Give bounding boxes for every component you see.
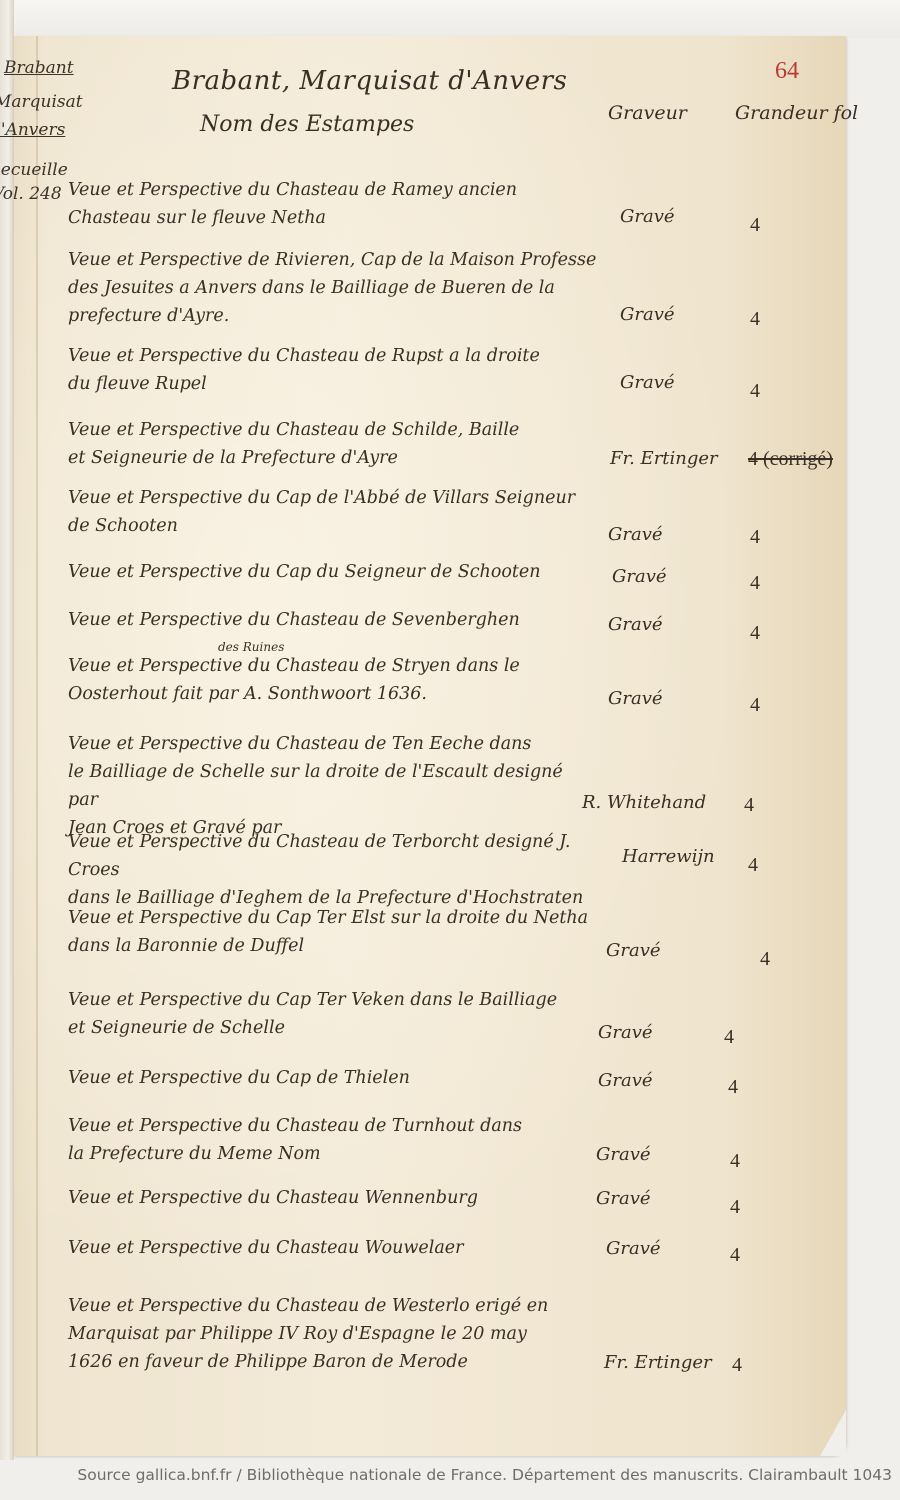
entry-description: Veue et Perspective du Chasteau de Weste…: [68, 1292, 598, 1376]
entry-line: Veue et Perspective du Cap Ter Elst sur …: [68, 904, 598, 932]
entry-description: Veue et Perspective du Chasteau de Rupst…: [68, 342, 598, 398]
size: 4: [724, 1026, 734, 1049]
engraver: Gravé: [608, 688, 663, 709]
column-header-graveur: Graveur: [608, 102, 687, 124]
entry-description: Veue et Perspective du Chasteau Wouwelae…: [68, 1234, 598, 1262]
size: 4: [730, 1244, 740, 1267]
engraver: Gravé: [596, 1144, 651, 1165]
page-subtitle: Nom des Estampes: [200, 112, 414, 137]
folio-number: 64: [775, 58, 799, 85]
engraver: Gravé: [612, 566, 667, 587]
engraver: Gravé: [596, 1188, 651, 1209]
size: 4: [748, 854, 758, 877]
size: 4 (corrigé): [748, 448, 833, 471]
entry-description: Veue et Perspective du Cap de Thielen: [68, 1064, 598, 1092]
entry-line: Veue et Perspective du Chasteau Wennenbu…: [68, 1184, 598, 1212]
entry-line: Veue et Perspective du Chasteau de Seven…: [68, 606, 598, 634]
engraver: Gravé: [620, 372, 675, 393]
margin-line: Vol. 248: [0, 184, 62, 204]
entry-line: Veue et Perspective du Cap de Thielen: [68, 1064, 598, 1092]
entry-line: Veue et Perspective de Rivieren, Cap de …: [68, 246, 598, 274]
size: 4: [730, 1196, 740, 1219]
entry-line: Veue et Perspective du Chasteau de Terbo…: [68, 828, 598, 884]
entry-line: Veue et Perspective du Chasteau de Ten E…: [68, 730, 598, 758]
entry-description: Veue et Perspective du Chasteau de Strye…: [68, 652, 598, 708]
margin-line: Recueille: [0, 160, 68, 180]
entry-line: des Jesuites a Anvers dans le Bailliage …: [68, 274, 598, 302]
entry-line: Veue et Perspective du Chasteau de Schil…: [68, 416, 598, 444]
size: 4: [750, 214, 760, 237]
column-header-grandeur: Grandeur fol: [735, 102, 858, 124]
engraver: Gravé: [608, 524, 663, 545]
engraver: Fr. Ertinger: [610, 448, 718, 469]
entry-line: et Seigneurie de Schelle: [68, 1014, 598, 1042]
size: 4: [760, 948, 770, 971]
entry-description: Veue et Perspective du Chasteau Wennenbu…: [68, 1184, 598, 1212]
size: 4: [750, 572, 760, 595]
entry-line: Chasteau sur le fleuve Netha: [68, 204, 598, 232]
margin-line: d'Anvers: [0, 120, 65, 140]
entry-line: le Bailliage de Schelle sur la droite de…: [68, 758, 598, 814]
engraver: Gravé: [606, 940, 661, 961]
engraver: Gravé: [598, 1022, 653, 1043]
entry-line: de Schooten: [68, 512, 598, 540]
binding-edge: [0, 0, 14, 1460]
entry-line: 1626 en faveur de Philippe Baron de Mero…: [68, 1348, 598, 1376]
entry-description: Veue et Perspective de Rivieren, Cap de …: [68, 246, 598, 330]
engraver: Gravé: [606, 1238, 661, 1259]
engraver: Gravé: [608, 614, 663, 635]
size: 4: [750, 526, 760, 549]
entry-description: Veue et Perspective du Cap du Seigneur d…: [68, 558, 598, 586]
size: 4: [730, 1150, 740, 1173]
margin-line: Brabant: [4, 58, 74, 78]
page-fold: [36, 36, 38, 1456]
entry-line: Veue et Perspective du Chasteau de Rupst…: [68, 342, 598, 370]
entry-description: Veue et Perspective du Chasteau de Seven…: [68, 606, 598, 634]
entry-description: Veue et Perspective du Cap Ter Elst sur …: [68, 904, 598, 960]
entry-line: Oosterhout fait par A. Sonthwoort 1636.: [68, 680, 598, 708]
entry-description: Veue et Perspective du Cap Ter Veken dan…: [68, 986, 598, 1042]
entry-line: Veue et Perspective du Chasteau Wouwelae…: [68, 1234, 598, 1262]
size: 4: [728, 1076, 738, 1099]
entry-line: la Prefecture du Meme Nom: [68, 1140, 598, 1168]
entry-description: Veue et Perspective du Chasteau de Ramey…: [68, 176, 598, 232]
size: 4: [750, 622, 760, 645]
entry-line: Marquisat par Philippe IV Roy d'Espagne …: [68, 1320, 598, 1348]
scan-background: [0, 0, 900, 38]
entry-description: Veue et Perspective du Chasteau de Schil…: [68, 416, 598, 472]
entry-line: Veue et Perspective du Chasteau de Strye…: [68, 652, 598, 680]
entry-line: prefecture d'Ayre.: [68, 302, 598, 330]
entry-line: et Seigneurie de la Prefecture d'Ayre: [68, 444, 598, 472]
entry-description: Veue et Perspective du Chasteau de Terbo…: [68, 828, 598, 912]
size: 4: [750, 380, 760, 403]
entry-line: Veue et Perspective du Cap du Seigneur d…: [68, 558, 598, 586]
entry-line: dans la Baronnie de Duffel: [68, 932, 598, 960]
entry-description: Veue et Perspective du Cap de l'Abbé de …: [68, 484, 598, 540]
size: 4: [732, 1354, 742, 1377]
engraver: Gravé: [620, 304, 675, 325]
size: 4: [750, 308, 760, 331]
entry-description: Veue et Perspective du Chasteau de Ten E…: [68, 730, 598, 842]
engraver: R. Whitehand: [582, 792, 706, 813]
entry-line: Veue et Perspective du Cap de l'Abbé de …: [68, 484, 598, 512]
entry-description: Veue et Perspective du Chasteau de Turnh…: [68, 1112, 598, 1168]
margin-line: Marquisat: [0, 92, 83, 112]
entry-line: du fleuve Rupel: [68, 370, 598, 398]
engraver: Gravé: [598, 1070, 653, 1091]
engraver: Fr. Ertinger: [604, 1352, 712, 1373]
entry-line: Veue et Perspective du Chasteau de Ramey…: [68, 176, 598, 204]
entry-line: Veue et Perspective du Chasteau de Weste…: [68, 1292, 598, 1320]
engraver: Gravé: [620, 206, 675, 227]
size: 4: [744, 794, 754, 817]
page-title: Brabant, Marquisat d'Anvers: [172, 66, 567, 96]
size: 4: [750, 694, 760, 717]
entry-line: Veue et Perspective du Cap Ter Veken dan…: [68, 986, 598, 1014]
entry-line: Veue et Perspective du Chasteau de Turnh…: [68, 1112, 598, 1140]
engraver: Harrewijn: [622, 846, 715, 867]
source-attribution: Source gallica.bnf.fr / Bibliothèque nat…: [0, 1466, 892, 1484]
